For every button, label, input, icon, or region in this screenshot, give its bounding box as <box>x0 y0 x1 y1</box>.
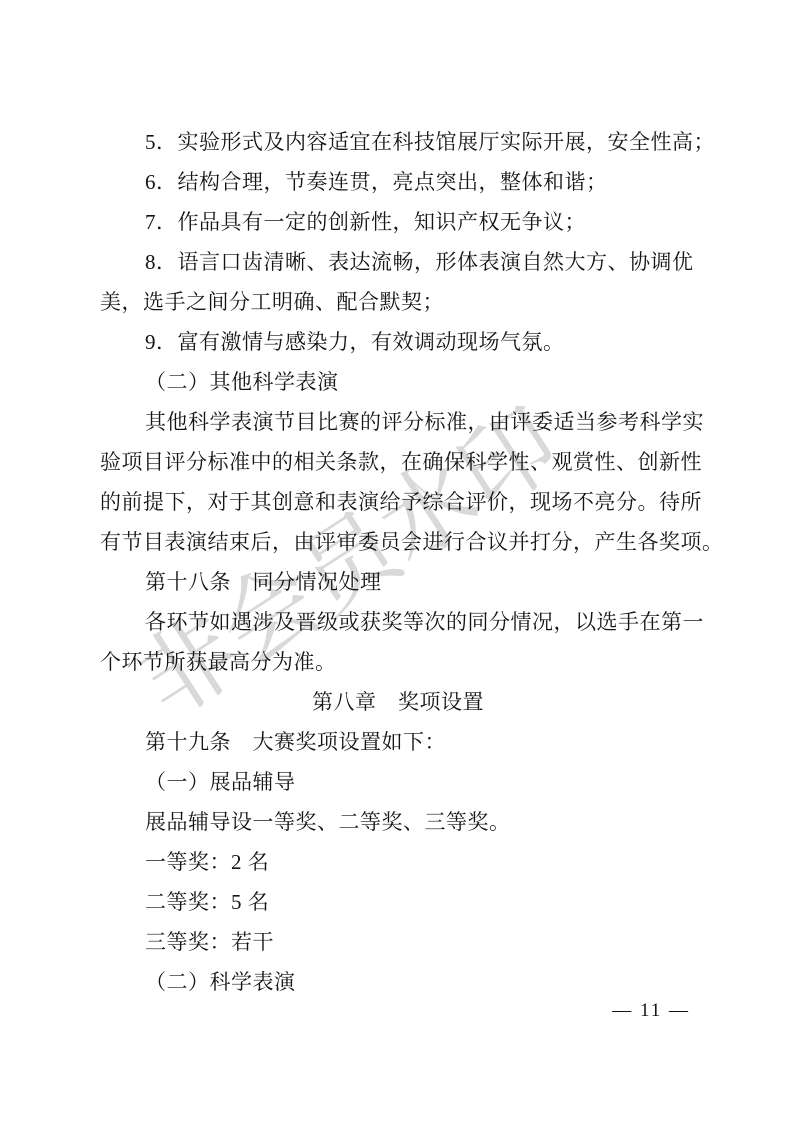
text-line-criterion-5: 5．实验形式及内容适宜在科技馆展厅实际开展，安全性高； <box>100 122 696 162</box>
text-line-article-18: 第十八条 同分情况处理 <box>100 562 696 602</box>
text-line-paragraph-cont: 的前提下，对于其创意和表演给予综合评价，现场不亮分。待所 <box>100 482 696 522</box>
text-line-paragraph-cont: 验项目评分标准中的相关条款，在确保科学性、观赏性、创新性 <box>100 442 696 482</box>
text-line-article-19: 第十九条 大赛奖项设置如下： <box>100 722 696 762</box>
text-line-award-summary: 展品辅导设一等奖、二等奖、三等奖。 <box>100 802 696 842</box>
text-line-subsection-2-heading: （二）其他科学表演 <box>100 362 696 402</box>
text-line-first-prize: 一等奖：2 名 <box>100 842 696 882</box>
text-line-second-prize: 二等奖：5 名 <box>100 882 696 922</box>
page-number: — 11 — <box>612 1000 690 1022</box>
text-line-paragraph-cont: 有节目表演结束后，由评审委员会进行合议并打分，产生各奖项。 <box>100 522 696 562</box>
document-page: 非会员水印 5．实验形式及内容适宜在科技馆展厅实际开展，安全性高； 6．结构合理… <box>0 0 793 1122</box>
text-line-paragraph: 各环节如遇涉及晋级或获奖等次的同分情况，以选手在第一 <box>100 602 696 642</box>
text-line-item-1-heading: （一）展品辅导 <box>100 762 696 802</box>
text-line-item-2-heading: （二）科学表演 <box>100 962 696 1002</box>
text-line-paragraph: 其他科学表演节目比赛的评分标准，由评委适当参考科学实 <box>100 402 696 442</box>
text-line-criterion-9: 9．富有激情与感染力，有效调动现场气氛。 <box>100 322 696 362</box>
text-line-criterion-7: 7．作品具有一定的创新性，知识产权无争议； <box>100 202 696 242</box>
chapter-8-heading: 第八章 奖项设置 <box>100 682 696 722</box>
text-line-criterion-8: 8．语言口齿清晰、表达流畅，形体表演自然大方、协调优 <box>100 242 696 282</box>
document-body: 5．实验形式及内容适宜在科技馆展厅实际开展，安全性高； 6．结构合理，节奏连贯，… <box>100 122 696 1002</box>
text-line-paragraph-cont: 个环节所获最高分为准。 <box>100 642 696 682</box>
text-line-third-prize: 三等奖：若干 <box>100 922 696 962</box>
text-line-criterion-6: 6．结构合理，节奏连贯，亮点突出，整体和谐； <box>100 162 696 202</box>
text-line-criterion-8-cont: 美，选手之间分工明确、配合默契； <box>100 282 696 322</box>
